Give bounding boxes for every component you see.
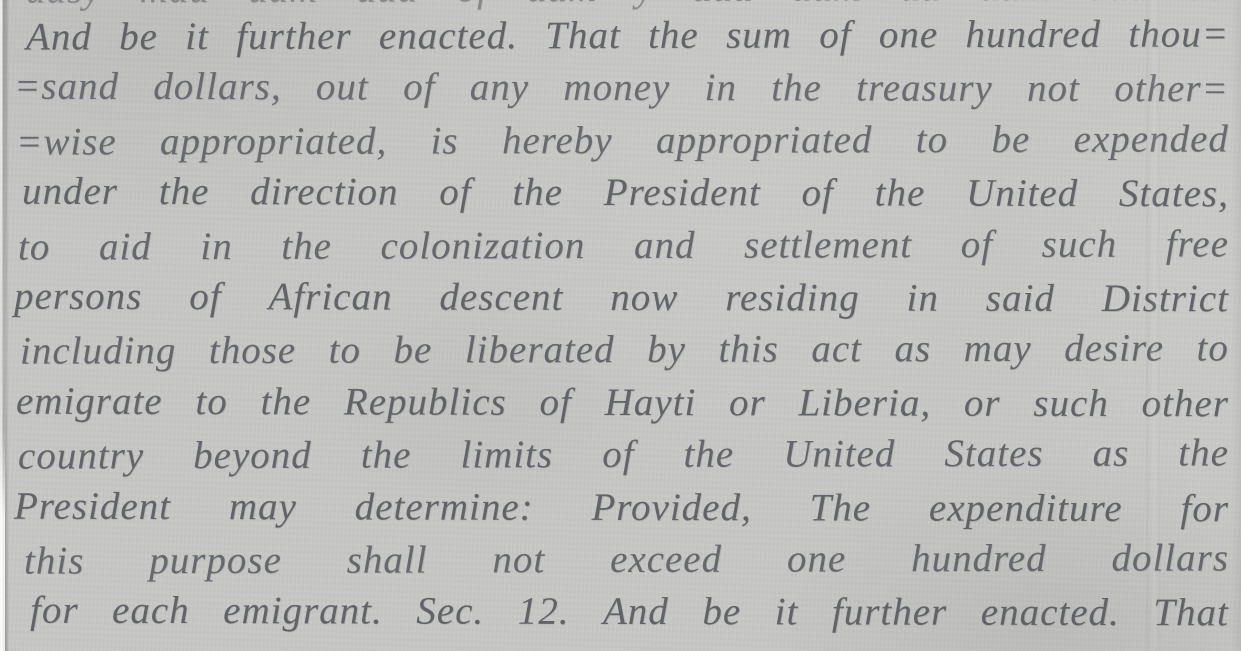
manuscript-word: to bbox=[916, 117, 948, 162]
manuscript-word: under bbox=[22, 169, 118, 214]
manuscript-word: uu bbox=[900, 0, 941, 10]
manuscript-word: uuu bbox=[692, 0, 754, 11]
manuscript-word: uuu bbox=[1088, 0, 1150, 10]
manuscript-word: out bbox=[316, 65, 369, 110]
manuscript-word: the bbox=[159, 169, 210, 214]
manuscript-word: of bbox=[819, 12, 851, 57]
manuscript-word: dollars bbox=[1111, 535, 1229, 580]
manuscript-word: emigrate bbox=[16, 378, 163, 423]
manuscript-word: it bbox=[185, 14, 209, 59]
manuscript-word: uuu bbox=[357, 0, 419, 12]
manuscript-word: such bbox=[1033, 381, 1109, 426]
manuscript-word: to bbox=[195, 379, 227, 424]
manuscript-line: thispurposeshallnotexceedonehundreddolla… bbox=[14, 535, 1229, 591]
manuscript-line: includingthosetobeliberatedbythisactasma… bbox=[14, 326, 1229, 382]
manuscript-word: the bbox=[512, 170, 563, 215]
manuscript-word: to bbox=[1196, 326, 1228, 371]
manuscript-word: of bbox=[403, 65, 435, 110]
manuscript-word: And bbox=[603, 589, 669, 634]
manuscript-lines: Andbeitfurtherenacted.Thatthesumofonehun… bbox=[14, 13, 1229, 642]
manuscript-word: emigrant. bbox=[223, 588, 383, 633]
manuscript-word: the bbox=[1178, 431, 1229, 476]
manuscript-word: uum bbox=[792, 0, 862, 11]
manuscript-word: of bbox=[439, 170, 471, 215]
manuscript-word: uu bbox=[1188, 0, 1229, 10]
manuscript-word: or bbox=[964, 380, 1001, 425]
manuscript-word: purpose bbox=[149, 538, 282, 583]
manuscript-word: And bbox=[26, 14, 92, 59]
manuscript-word: not bbox=[492, 537, 545, 582]
manuscript-word: this bbox=[718, 327, 778, 372]
manuscript-word: for bbox=[30, 588, 79, 633]
manuscript-line: toaidinthecolonizationandsettlementofsuc… bbox=[14, 221, 1229, 277]
manuscript-word: That bbox=[1153, 590, 1229, 635]
manuscript-word: uum bbox=[527, 0, 597, 11]
manuscript-word: African bbox=[268, 274, 392, 319]
manuscript-word: free bbox=[1166, 221, 1229, 266]
manuscript-word: those bbox=[209, 328, 296, 373]
manuscript-word: exceed bbox=[610, 537, 722, 582]
manuscript-word: Provided, bbox=[591, 484, 751, 529]
manuscript-word: for bbox=[1180, 486, 1229, 531]
manuscript-word: the bbox=[361, 433, 412, 478]
manuscript-line: =sanddollars,outofanymoneyinthetreasuryn… bbox=[14, 64, 1229, 119]
manuscript-word: is bbox=[430, 118, 458, 163]
manuscript-word: including bbox=[20, 329, 176, 374]
manuscript-word: =wise bbox=[16, 119, 117, 164]
page-right-edge bbox=[1231, 0, 1241, 651]
manuscript-word: the bbox=[648, 13, 699, 58]
manuscript-word: in bbox=[907, 276, 939, 321]
manuscript-word: be bbox=[119, 14, 158, 59]
manuscript-word: and bbox=[634, 222, 696, 267]
manuscript-word: be bbox=[702, 589, 741, 634]
manuscript-word: =sand bbox=[14, 64, 119, 109]
manuscript-word: uum bbox=[980, 0, 1050, 10]
manuscript-word: Sec. bbox=[416, 589, 484, 634]
manuscript-word: the bbox=[281, 223, 332, 268]
manuscript-word: persons bbox=[14, 274, 142, 319]
manuscript-word: hundred bbox=[965, 12, 1101, 57]
manuscript-word: limits bbox=[460, 432, 553, 477]
manuscript-word: residing bbox=[725, 275, 859, 320]
manuscript-line: =wiseappropriated,isherebyappropriatedto… bbox=[14, 116, 1229, 172]
manuscript-word: of bbox=[961, 222, 993, 267]
page-left-edge-highlight bbox=[0, 430, 5, 651]
manuscript-word: direction bbox=[250, 169, 398, 214]
manuscript-word: Republics bbox=[344, 379, 507, 424]
manuscript-word: one bbox=[787, 536, 846, 581]
manuscript-word: States, bbox=[1119, 171, 1229, 216]
manuscript-word: aid bbox=[99, 224, 152, 269]
manuscript-word: the bbox=[683, 432, 734, 477]
manuscript-word: to bbox=[329, 328, 361, 373]
manuscript-line: personsofAfricandescentnowresidinginsaid… bbox=[14, 274, 1229, 329]
manuscript-word: That bbox=[545, 13, 621, 58]
manuscript-word: money bbox=[563, 65, 670, 110]
manuscript-line: Andbeitfurtherenacted.Thatthesumofonehun… bbox=[14, 11, 1229, 67]
manuscript-word: or bbox=[729, 380, 766, 425]
manuscript-word: uusy bbox=[26, 0, 102, 13]
manuscript-word: 12. bbox=[518, 589, 570, 634]
manuscript-word: expenditure bbox=[929, 485, 1123, 530]
manuscript-word: of bbox=[602, 432, 634, 477]
manuscript-word: colonization bbox=[380, 223, 585, 269]
manuscript-word: of bbox=[189, 274, 221, 319]
manuscript-word: act bbox=[811, 327, 862, 372]
manuscript-word: as bbox=[1092, 431, 1129, 476]
manuscript-word: sum bbox=[726, 13, 792, 58]
manuscript-word: each bbox=[112, 588, 190, 633]
manuscript-word: appropriated bbox=[656, 117, 873, 163]
manuscript-word: other= bbox=[1114, 66, 1229, 111]
manuscript-word: United bbox=[966, 171, 1078, 216]
manuscript-word: beyond bbox=[193, 433, 312, 478]
manuscript-word: enacted. bbox=[981, 590, 1120, 635]
manuscript-word: of bbox=[539, 380, 571, 425]
manuscript-line: foreachemigrant.Sec.12.Andbeitfurtherena… bbox=[14, 588, 1229, 643]
manuscript-word: the bbox=[260, 379, 311, 424]
manuscript-word: hereby bbox=[502, 118, 613, 163]
manuscript-line: countrybeyondthelimitsoftheUnitedStatesa… bbox=[14, 431, 1229, 487]
manuscript-word: shall bbox=[347, 537, 428, 582]
manuscript-word: it bbox=[775, 590, 799, 635]
manuscript-word: appropriated, bbox=[160, 118, 387, 164]
manuscript-word: of bbox=[802, 171, 834, 216]
manuscript-word: States bbox=[944, 431, 1043, 476]
manuscript-word: muu bbox=[140, 0, 210, 12]
manuscript-word: not bbox=[1027, 66, 1080, 111]
manuscript-word: country bbox=[18, 433, 144, 478]
manuscript-word: determine: bbox=[355, 484, 534, 529]
manuscript-word: hundred bbox=[911, 536, 1047, 581]
manuscript-word: enacted. bbox=[379, 13, 518, 58]
manuscript-page: uusymuuuumuuuofuumyuuuuumuuuumuuuuu Andb… bbox=[0, 0, 1241, 651]
manuscript-word: The bbox=[810, 485, 872, 530]
manuscript-word: any bbox=[470, 65, 529, 110]
manuscript-word: this bbox=[24, 538, 84, 583]
manuscript-word: Liberia, bbox=[798, 380, 931, 425]
manuscript-word: the bbox=[875, 171, 926, 216]
manuscript-word: one bbox=[879, 12, 938, 57]
manuscript-word: uum bbox=[248, 0, 318, 12]
manuscript-word: by bbox=[647, 327, 686, 372]
manuscript-word: treasury bbox=[856, 66, 993, 111]
manuscript-word: descent bbox=[439, 275, 563, 320]
manuscript-word: thou= bbox=[1128, 11, 1229, 56]
manuscript-word: further bbox=[832, 590, 947, 635]
manuscript-word: the bbox=[771, 66, 822, 111]
manuscript-word: settlement bbox=[744, 222, 912, 267]
manuscript-word: now bbox=[610, 275, 678, 320]
manuscript-word: be bbox=[393, 328, 432, 373]
manuscript-word: Hayti bbox=[605, 380, 697, 425]
manuscript-word: dollars, bbox=[153, 64, 281, 109]
manuscript-line: underthedirectionofthePresidentoftheUnit… bbox=[14, 169, 1229, 224]
manuscript-word: liberated bbox=[465, 327, 615, 372]
manuscript-word: may bbox=[229, 484, 297, 529]
manuscript-word: United bbox=[783, 431, 895, 476]
manuscript-word: y bbox=[635, 0, 653, 11]
manuscript-word: of bbox=[456, 0, 488, 11]
scan-seam bbox=[1146, 0, 1160, 651]
manuscript-word: as bbox=[894, 327, 931, 372]
manuscript-word: such bbox=[1042, 221, 1118, 266]
manuscript-word: President bbox=[604, 170, 761, 215]
manuscript-word: to bbox=[18, 224, 50, 269]
manuscript-word: be bbox=[991, 117, 1030, 162]
manuscript-word: District bbox=[1102, 276, 1229, 321]
manuscript-line: emigratetotheRepublicsofHaytiorLiberia,o… bbox=[14, 378, 1229, 433]
manuscript-word: may bbox=[964, 326, 1032, 371]
manuscript-word: further bbox=[236, 14, 351, 59]
manuscript-word: said bbox=[986, 276, 1055, 321]
manuscript-word: in bbox=[200, 224, 232, 269]
manuscript-line: Presidentmaydetermine:Provided,Theexpend… bbox=[14, 483, 1229, 538]
manuscript-word: President bbox=[14, 483, 171, 528]
manuscript-word: in bbox=[705, 66, 737, 111]
